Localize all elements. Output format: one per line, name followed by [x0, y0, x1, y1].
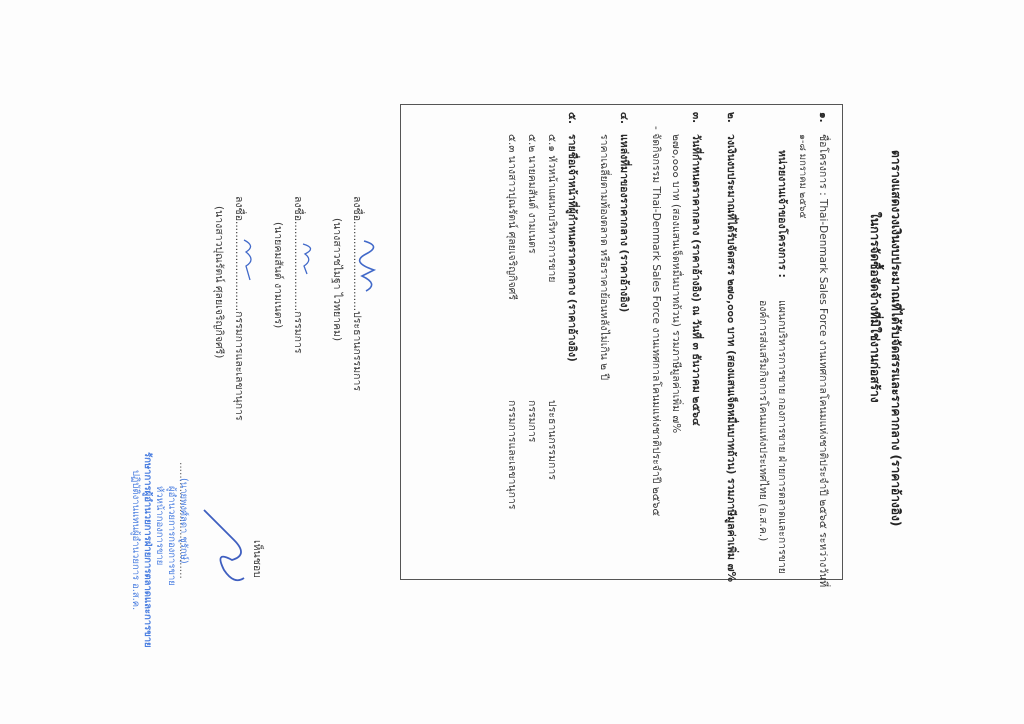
item-3-number: ๓. — [691, 112, 702, 123]
item-3-activity: - จัดกิจกรรม Thai-Denmark Sales Force งา… — [651, 126, 662, 516]
signature-1-handwriting-icon — [354, 236, 384, 296]
committee-member-3: ๕.๓ นางสาวปุณรัตน์ ศุลยเจริญกิจศรี — [507, 134, 518, 300]
signature-3-prefix: ลงชื่อ — [233, 196, 245, 221]
signature-3-handwriting-icon — [238, 236, 260, 286]
committee-member-2: ๕.๒ นายคมสันต์ งามเนตร — [527, 134, 538, 254]
item-5-text: รายชื่อเจ้าหน้าที่ผู้กำหนดราคากลาง (ราคา… — [567, 134, 578, 362]
signature-1-role: ประธานกรรมการ — [351, 311, 363, 391]
signature-3: ลงชื่อ...........................กรรมการ… — [234, 196, 245, 421]
item-1-number: ๑. — [818, 112, 829, 123]
approval-stamp-line-3: รักษาการผู้อำนวยการฝ่ายการตลาดและการขาย — [143, 452, 153, 648]
approval-signature-icon — [194, 500, 254, 590]
item-3-text: วันที่กำหนดราคากลาง (ราคาอ้างอิง) ณ วันท… — [691, 134, 702, 426]
signature-2-name: (นายคมสันต์ งามเนตร) — [273, 222, 284, 328]
signature-1-prefix: ลงชื่อ — [351, 196, 363, 221]
item-4-text: แหล่งที่มาของราคากลาง (ราคาอ้างอิง) — [619, 134, 630, 312]
signature-1-name: (นางสาวชไมฐา ไวทยาคม) — [332, 218, 343, 341]
document-page: ตารางแสดงวงเงินงบประมาณที่ได้รับจัดสรรแล… — [0, 0, 1024, 724]
title-line-2: ในการจัดซื้อจัดจ้างที่มิใช่งานก่อสร้าง — [869, 212, 881, 403]
committee-role-1: ประธานกรรมการ — [547, 400, 558, 480]
item-4-number: ๔. — [619, 112, 630, 124]
signature-3-role: กรรมการและเลขานุการ — [233, 311, 245, 420]
item-1-unit-line-2: องค์การส่งเสริมกิจการโคนมแห่งประเทศไทย (… — [758, 300, 769, 541]
item-1-unit-label: หน่วยงานเจ้าของโครงการ : — [777, 150, 788, 278]
item-5-number: ๕. — [567, 112, 578, 124]
committee-role-3: กรรมการและเลขานุการ — [507, 400, 518, 509]
approval-stamp-line-1: ผู้อำนวยการกองการขาย — [167, 486, 177, 586]
item-2-number: ๒. — [726, 112, 737, 123]
committee-role-2: กรรมการ — [527, 400, 538, 442]
item-2-text: วงเงินงบประมาณที่ได้รับจัดสรร ๒๗๐,๐๐๐ บา… — [726, 134, 737, 582]
item-1-unit-line-1: แผนกบริหารการขาย กองการขาย ฝ่ายการตลาดแล… — [777, 300, 788, 574]
approval-stamp-line-2: หัวหน้ากองการขาย — [155, 486, 165, 565]
signature-2-role: กรรมการ — [292, 311, 304, 353]
signature-3-name: (นางสาวปุณรัตน์ ศุลยเจริญกิจศรี) — [214, 206, 225, 358]
item-1-date: ๑-๘ มกราคม ๒๕๖๕ — [798, 134, 808, 219]
item-1-label: ชื่อโครงการ : Thai-Denmark Sales Force ง… — [818, 134, 829, 587]
signature-2-prefix: ลงชื่อ — [292, 196, 304, 221]
committee-member-1: ๕.๑ หัวหน้าแผนกบริหารการขาย — [547, 134, 558, 282]
approval-stamp-line-4: ปฏิบัติงานแทนผู้อำนวยการ อ.ส.ค. — [131, 470, 141, 610]
approval-stamp-name: (นายพงศ์ลดา ชูรักษ์) — [179, 478, 189, 564]
signature-2-handwriting-icon — [297, 240, 319, 280]
title-line-1: ตารางแสดงวงเงินงบประมาณที่ได้รับจัดสรรแล… — [890, 150, 902, 526]
item-4-detail: ราคาเฉลี่ยตามท้องตลาด หรือราคาย้อนหลังไม… — [599, 134, 610, 380]
item-3-amount: ๒๗๐,๐๐๐ บาท (สองแสนเจ็ดหมื่นบาทถ้วน) รวม… — [671, 134, 682, 433]
